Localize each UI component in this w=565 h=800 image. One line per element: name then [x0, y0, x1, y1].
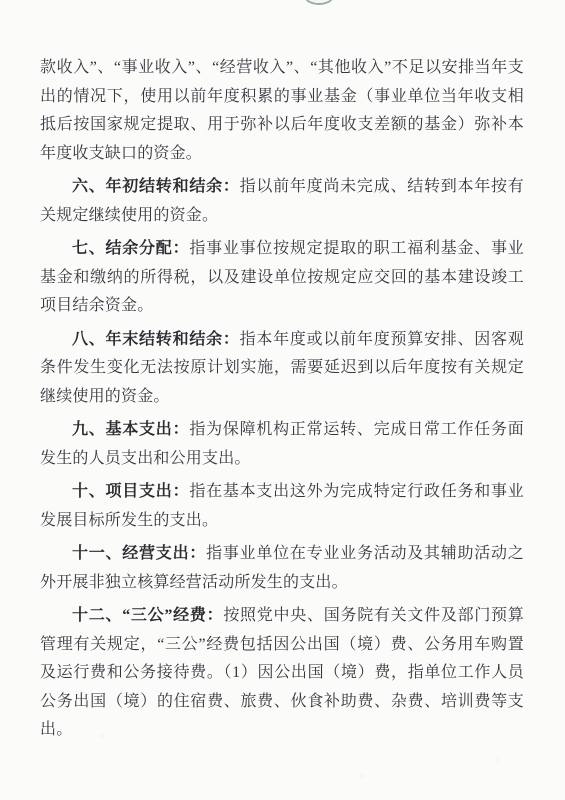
paragraph: 六、年初结转和结余：指以前年度尚未完成、结转到本年按有关规定继续使用的资金。 [40, 173, 524, 230]
paragraph: 十、项目支出：指在基本支出这外为完成特定行政任务和事业发展目标所发生的支出。 [40, 478, 524, 535]
paragraph: 十二、“三公”经费：按照党中央、国务院有关文件及部门预算管理有关规定，“三公”经… [40, 602, 524, 745]
paragraph: 十一、经营支出：指事业单位在专业业务活动及其辅助活动之外开展非独立核算经营活动所… [40, 540, 524, 597]
paragraph-lead: 十二、“三公”经费： [72, 607, 223, 624]
paragraph: 八、年末结转和结余：指本年度或以前年度预算安排、因客观条件发生变化无法按原计划实… [40, 326, 524, 412]
paragraph: 七、结余分配：指事业事位按规定提取的职工福利基金、事业基金和缴纳的所得税，以及建… [40, 235, 524, 321]
paragraph-lead: 八、年末结转和结余： [72, 331, 240, 348]
paragraph-lead: 十一、经营支出： [72, 545, 206, 562]
paragraph-body: 款收入”、“事业收入”、“经营收入”、“其他收入”不足以安排当年支出的情况下，使… [40, 59, 524, 162]
paragraph-body: 按照党中央、国务院有关文件及部门预算管理有关规定，“三公”经费包括因公出国（境）… [40, 607, 524, 738]
paragraph-lead: 十、项目支出： [72, 483, 189, 500]
scanned-document-page: 款收入”、“事业收入”、“经营收入”、“其他收入”不足以安排当年支出的情况下，使… [0, 0, 565, 800]
paragraph: 款收入”、“事业收入”、“经营收入”、“其他收入”不足以安排当年支出的情况下，使… [40, 54, 524, 168]
punch-hole-artifact [305, 0, 333, 5]
paragraph: 九、基本支出：指为保障机构正常运转、完成日常工作任务面发生的人员支出和公用支出。 [40, 416, 524, 473]
document-text-block: 款收入”、“事业收入”、“经营收入”、“其他收入”不足以安排当年支出的情况下，使… [40, 54, 524, 750]
paragraph-lead: 七、结余分配： [72, 240, 189, 257]
paragraph-lead: 九、基本支出： [72, 421, 189, 438]
paragraph-lead: 六、年初结转和结余： [72, 178, 240, 195]
